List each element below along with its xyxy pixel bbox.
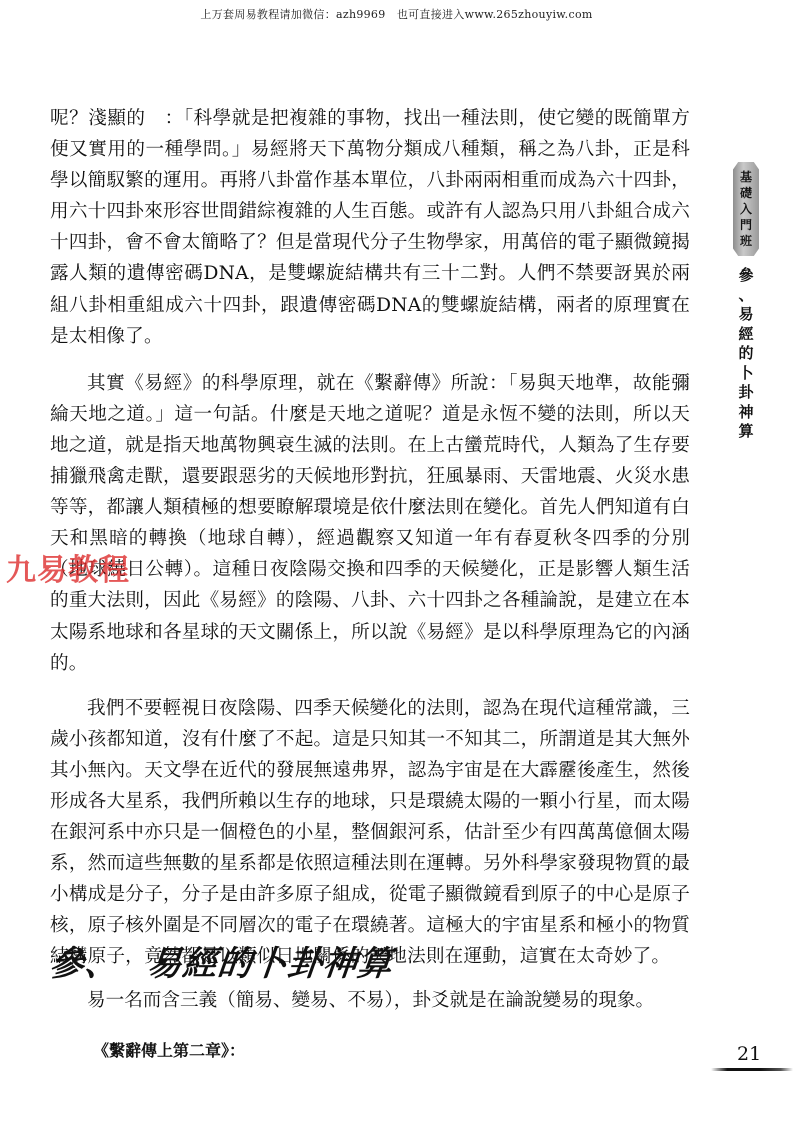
- side-chapter-char: 、: [738, 286, 753, 306]
- side-tab-char: 基: [740, 169, 752, 185]
- side-chapter-title: 參 、 易 經 的 卜 卦 神 算: [736, 266, 756, 442]
- side-tab-char: 班: [740, 233, 752, 249]
- side-chapter-char: 神: [738, 403, 753, 423]
- side-tab-basic-class: 基 礎 入 門 班: [733, 162, 759, 256]
- section-subheading: 《繫辭傳上第二章》：: [93, 1038, 245, 1061]
- side-chapter-char: 卦: [738, 383, 753, 403]
- side-chapter-char: 易: [738, 305, 753, 325]
- section-number: 參、: [48, 944, 122, 984]
- header-banner: 上万套周易教程请加微信：azh9969 也可直接进入www.265zhouyiw…: [0, 6, 793, 22]
- side-chapter-char: 算: [738, 422, 753, 442]
- side-chapter-char: 參: [738, 266, 753, 286]
- side-tab-char: 門: [740, 217, 752, 233]
- watermark: 九易教程: [6, 545, 130, 589]
- section-heading: 參、易經的卜卦神算: [47, 936, 395, 985]
- paragraph-1: 呢？淺顯的 ：「科學就是把複雜的事物，找出一種法則，使它變的既簡單方便又實用的一…: [50, 103, 690, 352]
- section-intro: 易一名而含三義（簡易、變易、不易），卦爻就是在論說變易的現象。: [87, 986, 654, 1016]
- page-number: 21: [737, 1043, 761, 1065]
- section-title: 易經的卜卦神算: [146, 944, 395, 984]
- side-tab-char: 礎: [740, 185, 752, 201]
- side-chapter-char: 經: [738, 325, 753, 345]
- side-chapter-char: 卜: [738, 364, 753, 384]
- side-chapter-char: 的: [738, 344, 753, 364]
- side-tab-char: 入: [740, 201, 752, 217]
- paragraph-3: 我們不要輕視日夜陰陽、四季天候變化的法則，認為在現代這種常識，三歲小孩都知道，沒…: [50, 693, 690, 973]
- body-text: 呢？淺顯的 ：「科學就是把複雜的事物，找出一種法則，使它變的既簡單方便又實用的一…: [50, 103, 690, 973]
- paragraph-2: 其實《易經》的科學原理，就在《繫辭傳》所說：「易與天地準，故能彌綸天地之道。」這…: [50, 368, 690, 679]
- page-number-rule: [711, 1068, 793, 1071]
